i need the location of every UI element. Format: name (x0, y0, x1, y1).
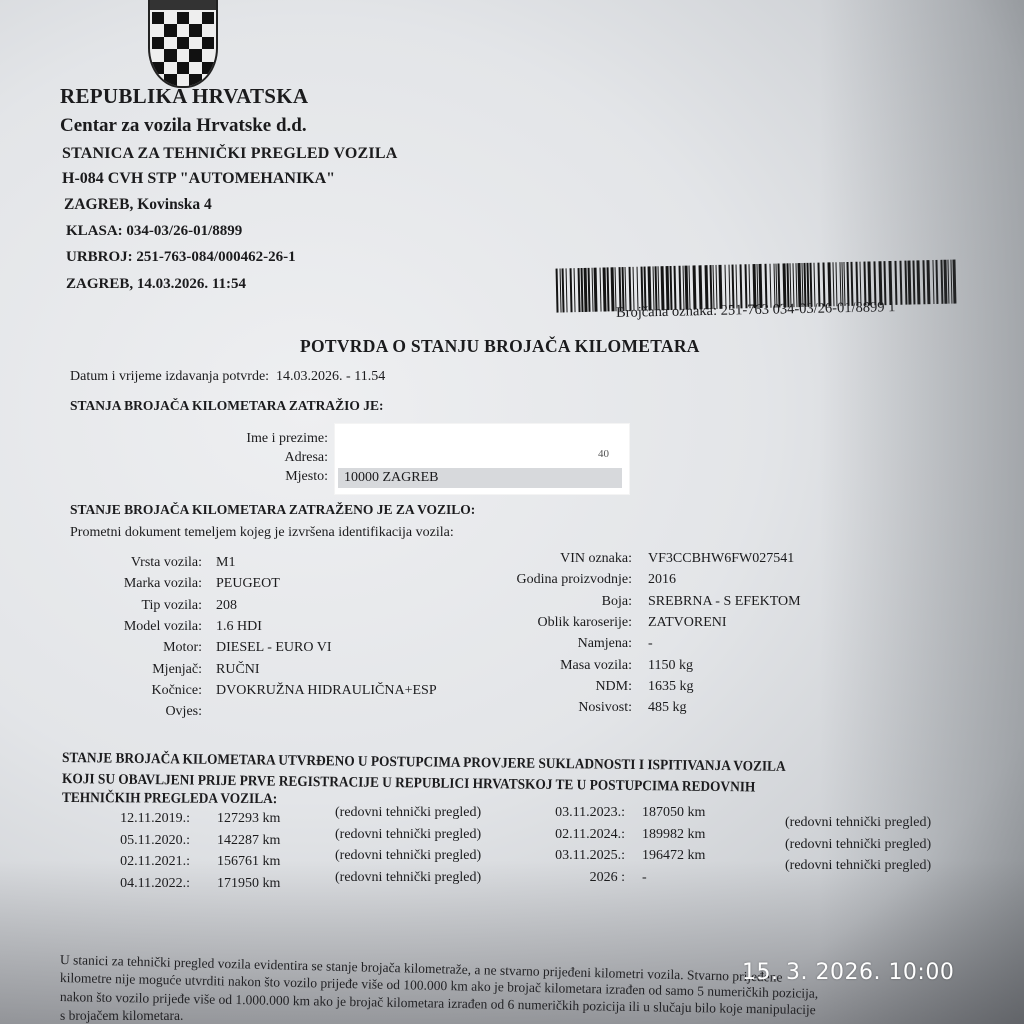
vehicle-field-value: VF3CCBHW6FW027541 (648, 551, 794, 567)
vehicle-field-label: Motor: (42, 640, 202, 656)
document-note: Prometni dokument temeljem kojeg je izvr… (70, 525, 454, 541)
place-and-date: ZAGREB, 14.03.2026. 11:54 (66, 276, 246, 293)
vehicle-section-title: STANJE BROJAČA KILOMETARA ZATRAŽENO JE Z… (70, 502, 475, 518)
name-label: Ime i prezime: (208, 431, 328, 447)
vehicle-field-value: 1635 kg (648, 679, 694, 695)
crown-decoration (150, 0, 216, 10)
inspection-type: (redovni tehnički pregled) (335, 848, 481, 864)
odometer-reading: - (642, 870, 647, 886)
vehicle-field-label: Marka vozila: (42, 576, 202, 592)
vehicle-field-label: Godina proizvodnje: (472, 572, 632, 588)
issue-label: Datum i vrijeme izdavanja potvrde: (70, 369, 269, 384)
vehicle-field-value: SREBRNA - S EFEKTOM (648, 594, 801, 610)
croatian-coat-of-arms-icon (148, 0, 218, 88)
company-name: Centar za vozila Hrvatske d.d. (60, 115, 307, 137)
vehicle-field-label: Model vozila: (42, 619, 202, 635)
odometer-reading: 156761 km (217, 854, 280, 870)
vehicle-field-label: Boja: (472, 594, 632, 610)
vehicle-field-value: M1 (216, 555, 235, 571)
odometer-reading: 171950 km (217, 876, 280, 892)
inspection-type: (redovni tehnički pregled) (335, 805, 481, 821)
station-address: ZAGREB, Kovinska 4 (64, 196, 212, 214)
station-code: H-084 CVH STP "AUTOMEHANIKA" (62, 170, 335, 188)
urbroj-number: URBROJ: 251-763-084/000462-26-1 (66, 249, 296, 266)
odometer-reading: 189982 km (642, 827, 705, 843)
vehicle-field-value: DIESEL - EURO VI (216, 640, 332, 656)
odometer-reading: 127293 km (217, 811, 280, 827)
inspection-date: 03.11.2025.: (535, 848, 625, 864)
odometer-reading: 142287 km (217, 833, 280, 849)
vehicle-field-label: NDM: (472, 679, 632, 695)
vehicle-field-value: 208 (216, 598, 237, 614)
vehicle-field-value: DVOKRUŽNA HIDRAULIČNA+ESP (216, 683, 437, 699)
inspection-type: (redovni tehnički pregled) (785, 837, 931, 853)
mileage-section-title-line3: TEHNIČKIH PREGLEDA VOZILA: (62, 790, 277, 808)
vehicle-field-value: ZATVORENI (648, 615, 727, 631)
vehicle-field-label: Namjena: (472, 636, 632, 652)
place-value: 10000 ZAGREB (338, 468, 622, 488)
vehicle-field-label: Vrsta vozila: (42, 555, 202, 571)
vehicle-field-label: Ovjes: (42, 704, 202, 720)
issue-datetime: Datum i vrijeme izdavanja potvrde: 14.03… (70, 369, 385, 385)
issue-value: 14.03.2026. - 11.54 (276, 369, 385, 384)
inspection-type: (redovni tehnički pregled) (335, 827, 481, 843)
vehicle-field-value: PEUGEOT (216, 576, 280, 592)
vehicle-field-value: RUČNI (216, 662, 260, 678)
odometer-reading: 187050 km (642, 805, 705, 821)
vehicle-field-label: Oblik karoserije: (472, 615, 632, 631)
odometer-reading: 196472 km (642, 848, 705, 864)
document-title: POTVRDA O STANJU BROJAČA KILOMETARA (300, 336, 700, 357)
vehicle-field-label: Tip vozila: (42, 598, 202, 614)
station-name: STANICA ZA TEHNIČKI PREGLED VOZILA (62, 145, 397, 163)
inspection-type: (redovni tehnički pregled) (785, 815, 931, 831)
vehicle-field-value: 1150 kg (648, 658, 693, 674)
inspection-date: 2026 : (535, 870, 625, 886)
place-label: Mjesto: (208, 469, 328, 485)
vehicle-field-value: 1.6 HDI (216, 619, 262, 635)
footer-line-4: s brojačem kilometara. (60, 1008, 183, 1024)
vehicle-field-value: 485 kg (648, 700, 687, 716)
vehicle-field-value: - (648, 636, 653, 652)
vehicle-field-label: Kočnice: (42, 683, 202, 699)
inspection-type: (redovni tehnički pregled) (785, 858, 931, 874)
country-heading: REPUBLIKA HRVATSKA (60, 84, 308, 109)
inspection-date: 04.11.2022.: (100, 876, 190, 892)
address-fragment: 40 (598, 448, 609, 460)
address-label: Adresa: (208, 450, 328, 466)
vehicle-field-label: Mjenjač: (42, 662, 202, 678)
vehicle-field-label: Masa vozila: (472, 658, 632, 674)
klasa-number: KLASA: 034-03/26-01/8899 (66, 223, 242, 240)
inspection-type: (redovni tehnički pregled) (335, 870, 481, 886)
vehicle-field-label: Nosivost: (472, 700, 632, 716)
inspection-date: 02.11.2021.: (100, 854, 190, 870)
vehicle-field-value: 2016 (648, 572, 676, 588)
inspection-date: 03.11.2023.: (535, 805, 625, 821)
inspection-date: 02.11.2024.: (535, 827, 625, 843)
photo-timestamp: 15. 3. 2026. 10:00 (742, 960, 954, 985)
vehicle-field-label: VIN oznaka: (472, 551, 632, 567)
requester-section-title: STANJA BROJAČA KILOMETARA ZATRAŽIO JE: (70, 398, 384, 414)
checkerboard-shield (152, 12, 214, 86)
inspection-date: 12.11.2019.: (100, 811, 190, 827)
inspection-date: 05.11.2020.: (100, 833, 190, 849)
